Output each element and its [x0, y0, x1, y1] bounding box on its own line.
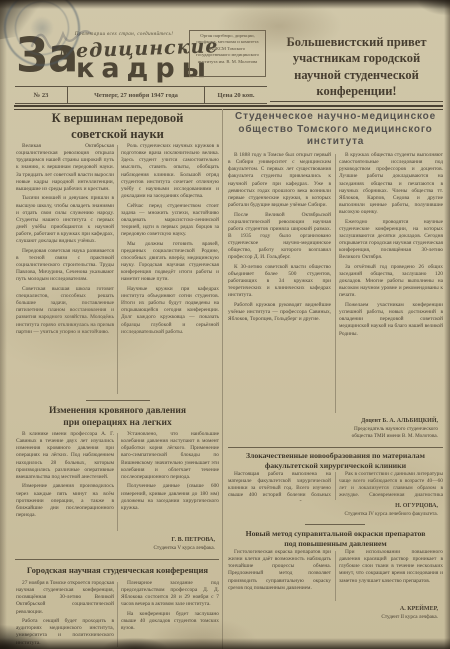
tumors-col-1: Настоящая работа выполнена на материале … — [228, 471, 331, 501]
tumors-signature: Н. ОГУРЦОВА, Студентка IV курса лечебног… — [228, 502, 438, 518]
left-short-rule-1 — [86, 400, 150, 401]
pressure-article-title: Изменения кровяного давления при операци… — [15, 406, 220, 430]
society-signature-role: Председатель научного студенческого обще… — [228, 426, 438, 441]
right-rule-1 — [228, 447, 443, 448]
organ-info-box: Орган партбюро, дирекции, профкома, мест… — [189, 30, 266, 77]
lead-col-2: Роль студенческих научных кружков в подг… — [121, 143, 219, 396]
tumors-signature-name: Н. ОГУРЦОВА, — [228, 502, 438, 511]
issue-date: Четверг, 27 ноября 1947 года — [68, 87, 205, 103]
pressure-signature-role: Студентка V курса лечфака. — [15, 545, 215, 553]
main-column-divider — [222, 109, 223, 649]
method-col-1: Гистологическая окраска препаратов при ж… — [228, 549, 331, 603]
right-short-rule — [305, 524, 365, 525]
tumors-col-divider — [335, 472, 336, 500]
method-signature: А. КРЕЙМЕР, Студент II курса лечфака. — [228, 605, 438, 621]
conference-col-1: 27 ноября в Томске откроется городская н… — [16, 580, 114, 649]
method-article-title: Новый метод суправитальной окраски препа… — [228, 529, 443, 548]
issue-number: № 23 — [15, 87, 68, 103]
society-col-2: В кружках общества студенты выполняют са… — [339, 152, 443, 415]
banner-headline: Большевистский привет участникам городск… — [270, 34, 443, 99]
header-heavy-rule — [14, 105, 443, 110]
tumors-article-title: Злокачественные новообразования по матер… — [228, 451, 443, 470]
pressure-signature-name: Г. В. ПЕТРОВА, — [15, 536, 215, 545]
society-signature-name: Доцент Б. А. АЛЬБИЦКИЙ, — [228, 417, 438, 426]
method-signature-name: А. КРЕЙМЕР, — [228, 605, 438, 614]
newspaper-page: Пролетарии всех стран, соединяйтесь! За … — [0, 0, 450, 649]
tumors-col-2: Рак в соответствии с данными литературы … — [339, 471, 443, 501]
pressure-col-2: Установлено, что наибольшие колебания да… — [121, 431, 219, 533]
lead-article-title: К вершинам передовой советской науки — [15, 111, 220, 142]
issue-price: Цена 20 коп. — [205, 87, 267, 103]
conference-col-divider — [117, 582, 118, 647]
conference-col-2: Пленарное заседание под председательство… — [121, 580, 219, 649]
method-signature-role: Студент II курса лечфака. — [228, 614, 438, 622]
tumors-signature-role: Студентка IV курса лечебного факультета. — [228, 511, 438, 519]
method-col-2: При использовании повышенного давления к… — [339, 549, 443, 603]
society-article-title: Студенческое научно-медицинское общество… — [228, 111, 443, 149]
lead-col-divider — [117, 145, 118, 394]
pressure-signature: Г. В. ПЕТРОВА, Студентка V курса лечфака… — [15, 536, 215, 552]
society-signature: Доцент Б. А. АЛЬБИЦКИЙ, Председатель нау… — [228, 417, 438, 441]
pressure-col-divider — [117, 433, 118, 531]
banner-rule — [270, 101, 443, 102]
pressure-col-1: В клинике имени профессора А. Г. Савиных… — [16, 431, 114, 533]
lead-col-1: Великая Октябрьская социалистическая рев… — [16, 143, 114, 396]
society-col-divider — [335, 154, 336, 413]
society-col-1: В 1888 году в Томске был открыт первый в… — [228, 152, 331, 415]
left-rule-2 — [15, 559, 219, 560]
method-col-divider — [335, 551, 336, 601]
conference-article-title: Городская научная студенческая конференц… — [15, 565, 220, 576]
handwriting-mark — [26, 22, 96, 54]
issue-bar: № 23 Четверг, 27 ноября 1947 года Цена 2… — [15, 86, 267, 104]
